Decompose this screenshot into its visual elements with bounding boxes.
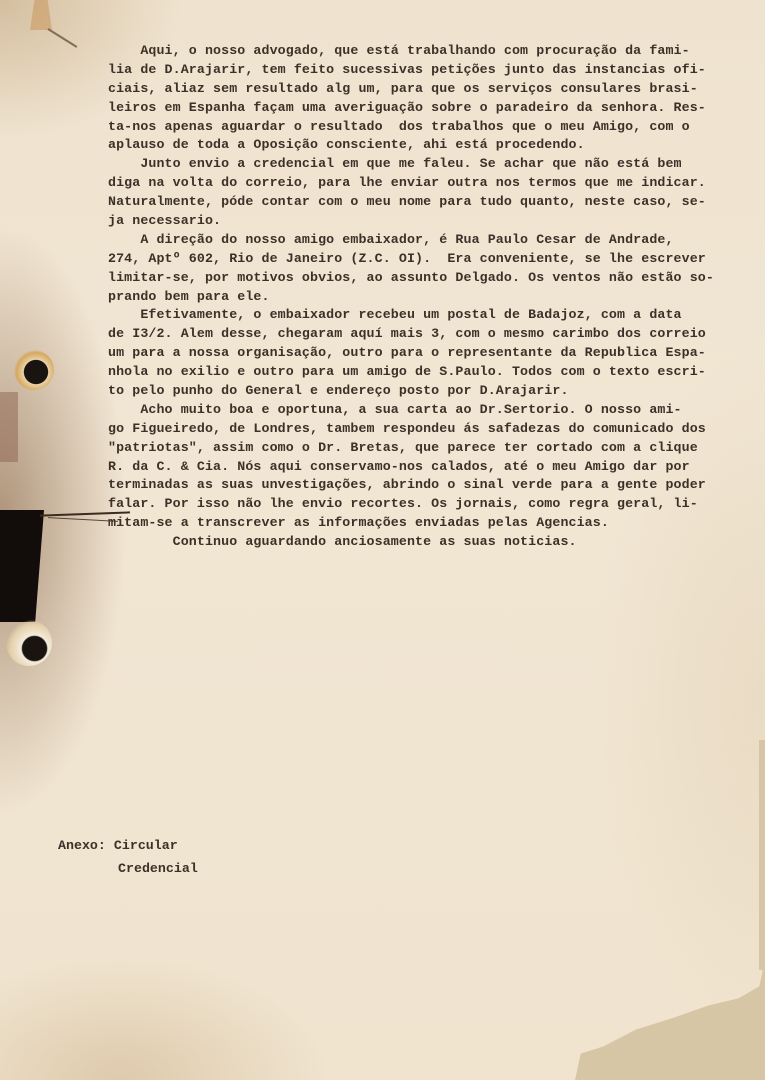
paper-right-edge <box>759 740 765 970</box>
text-line: de I3/2. Alem desse, chegaram aquí mais … <box>108 325 762 344</box>
text-line: ta-nos apenas aguardar o resultado dos t… <box>108 118 762 137</box>
text-line: "patriotas", assim como o Dr. Bretas, qu… <box>108 439 762 458</box>
text-line: Continuo aguardando anciosamente as suas… <box>108 533 762 552</box>
paper-stain <box>0 392 18 462</box>
text-line: limitar-se, por motivos obvios, ao assun… <box>108 269 762 288</box>
text-line: 274, Aptº 602, Rio de Janeiro (Z.C. OI).… <box>108 250 762 269</box>
document-page: Aqui, o nosso advogado, que está trabalh… <box>0 0 765 1080</box>
torn-corner <box>575 960 765 1080</box>
text-line: leiros em Espanha façam uma averiguação … <box>108 99 762 118</box>
text-line: terminadas as suas unvestigações, abrind… <box>108 476 762 495</box>
text-line: diga na volta do correio, para lhe envia… <box>108 174 762 193</box>
text-line: to pelo punho do General e endereço post… <box>108 382 762 401</box>
text-line: lia de D.Arajarir, tem feito sucessivas … <box>108 61 762 80</box>
punch-hole-top <box>14 350 54 390</box>
text-line: Efetivamente, o embaixador recebeu um po… <box>108 306 762 325</box>
annex-item: Credencial <box>118 861 198 876</box>
text-line: Naturalmente, póde contar com o meu nome… <box>108 193 762 212</box>
text-line: Junto envio a credencial em que me faleu… <box>108 155 762 174</box>
text-line: Acho muito boa e oportuna, a sua carta a… <box>108 401 762 420</box>
text-line: ja necessario. <box>108 212 762 231</box>
annex-section: Anexo: Circular Credencial <box>58 834 198 880</box>
text-line: mitam-se a transcrever as informações en… <box>108 514 762 533</box>
text-line: Aqui, o nosso advogado, que está trabalh… <box>108 42 762 61</box>
annex-item: Circular <box>114 838 178 853</box>
text-line: A direção do nosso amigo embaixador, é R… <box>108 231 762 250</box>
annex-label: Anexo: <box>58 838 106 853</box>
text-line: aplauso de toda a Oposição consciente, a… <box>108 136 762 155</box>
text-line: prando bem para ele. <box>108 288 762 307</box>
text-line: nhola no exilio e outro para um amigo de… <box>108 363 762 382</box>
text-line: go Figueiredo, de Londres, tambem respon… <box>108 420 762 439</box>
text-line: R. da C. & Cia. Nós aqui conservamo-nos … <box>108 458 762 477</box>
letter-body: Aqui, o nosso advogado, que está trabalh… <box>108 42 762 552</box>
punch-hole-bottom <box>6 620 52 666</box>
text-line: ciais, aliaz sem resultado alg um, para … <box>108 80 762 99</box>
paper-tear-gap <box>0 510 44 622</box>
text-line: um para a nossa organisação, outro para … <box>108 344 762 363</box>
text-line: falar. Por isso não lhe envio recortes. … <box>108 495 762 514</box>
paper-crease <box>47 28 77 48</box>
corner-fold-mark <box>30 0 52 30</box>
